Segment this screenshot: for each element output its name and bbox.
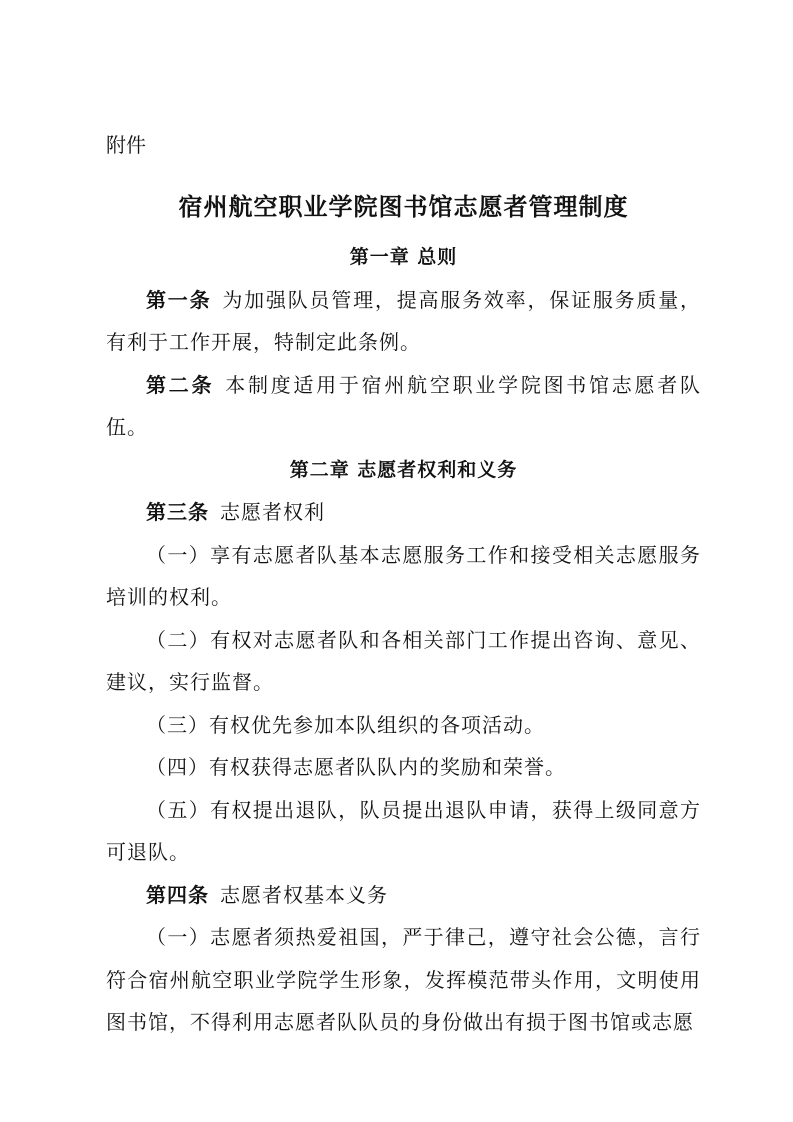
article-3-item-1: （一）享有志愿者队基本志愿服务工作和接受相关志愿服务培训的权利。 [106, 534, 701, 619]
article-3: 第三条志愿者权利 [106, 491, 701, 534]
article-1-label: 第一条 [146, 288, 211, 312]
article-2-label: 第二条 [146, 373, 214, 397]
article-3-item-2: （二）有权对志愿者队和各相关部门工作提出咨询、意见、建议，实行监督。 [106, 619, 701, 704]
chapter-2-heading: 第二章 志愿者权利和义务 [106, 449, 701, 492]
article-3-item-4: （四）有权获得志愿者队队内的奖励和荣誉。 [106, 746, 701, 789]
article-4-text: 志愿者权基本义务 [220, 883, 388, 907]
article-4: 第四条志愿者权基本义务 [106, 874, 701, 917]
chapter-1-heading: 第一章 总则 [106, 236, 701, 279]
article-3-item-3: （三）有权优先参加本队组织的各项活动。 [106, 704, 701, 747]
article-2: 第二条本制度适用于宿州航空职业学院图书馆志愿者队伍。 [106, 364, 701, 449]
article-3-text: 志愿者权利 [220, 500, 325, 524]
article-4-item-1: （一）志愿者须热爱祖国，严于律己，遵守社会公德，言行符合宿州航空职业学院学生形象… [106, 916, 701, 1044]
article-1: 第一条为加强队员管理，提高服务效率，保证服务质量，有利于工作开展，特制定此条例。 [106, 279, 701, 364]
article-3-label: 第三条 [146, 500, 209, 524]
document-title: 宿州航空职业学院图书馆志愿者管理制度 [106, 190, 701, 224]
article-3-item-5: （五）有权提出退队，队员提出退队申请，获得上级同意方可退队。 [106, 789, 701, 874]
attachment-label: 附件 [106, 130, 701, 160]
document-page: 附件 宿州航空职业学院图书馆志愿者管理制度 第一章 总则 第一条为加强队员管理，… [0, 0, 793, 1122]
article-4-label: 第四条 [146, 883, 209, 907]
